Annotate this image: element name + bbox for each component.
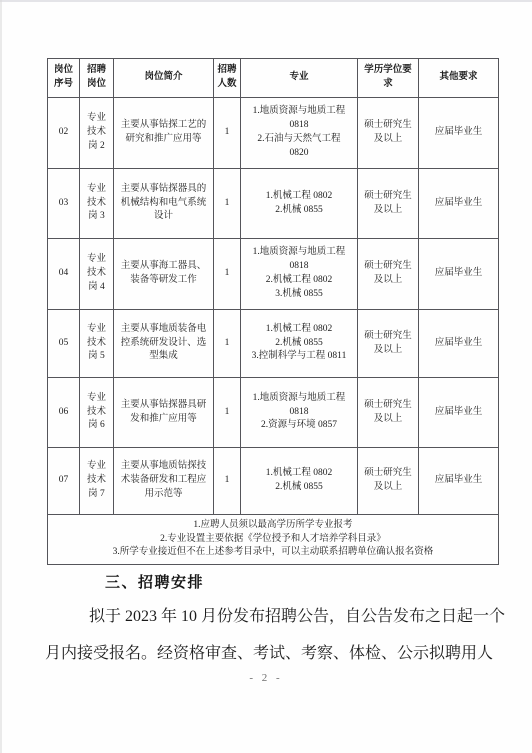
table-row: 07 专业 技术 岗 7 主要从事地质钻探技 术装备研发和工程应 用示范等 1 … [48,448,499,515]
table-notes-row: 1.应聘人员须以最高学历所学专业报考 2.专业设置主要依据《学位授予和人才培养学… [48,515,499,565]
headcount-cell: 1 [214,98,241,169]
table-row: 02 专业 技术 岗 2 主要从事钻探工艺的 研究和推广应用等 1 1.地质资源… [48,98,499,169]
post-brief-cell: 主要从事海工器具、 装备等研发工作 [114,239,214,310]
post-name-cell: 专业 技术 岗 3 [80,169,114,239]
body-line-2: 月内接受报名。经资格审查、考试、考察、体检、公示拟聘用人 [45,635,493,672]
scan-edge-left [0,0,2,753]
table-notes: 1.应聘人员须以最高学历所学专业报考 2.专业设置主要依据《学位授予和人才培养学… [48,515,499,565]
post-brief-cell: 主要从事钻探器具研 发和推广应用等 [114,378,214,448]
position-no-cell: 05 [48,310,80,378]
header-cell-degree: 学历学位要 求 [358,59,419,98]
header-cell-other: 其他要求 [419,59,499,98]
body-paragraph: 拟于 2023 年 10 月份发布招聘公告，自公告发布之日起一个 月内接受报名。… [45,598,493,672]
headcount-cell: 1 [214,448,241,515]
other-requirement-cell: 应届毕业生 [419,98,499,169]
position-no-cell: 03 [48,169,80,239]
body-line-1: 拟于 2023 年 10 月份发布招聘公告，自公告发布之日起一个 [45,598,493,635]
other-requirement-cell: 应届毕业生 [419,239,499,310]
table-header-row: 岗位 序号 招聘 岗位 岗位简介 招聘 人数 专业 学历学位要 求 其他要求 [48,59,499,98]
degree-requirement-cell: 硕士研究生 及以上 [358,98,419,169]
other-requirement-cell: 应届毕业生 [419,378,499,448]
headcount-cell: 1 [214,239,241,310]
document-page: 岗位 序号 招聘 岗位 岗位简介 招聘 人数 专业 学历学位要 求 其他要求 0… [0,0,532,753]
majors-cell: 1.机械工程 0802 2.机械 0855 3.控制科学与工程 0811 [241,310,358,378]
degree-requirement-cell: 硕士研究生 及以上 [358,448,419,515]
header-cell-majors: 专业 [241,59,358,98]
other-requirement-cell: 应届毕业生 [419,310,499,378]
table-row: 03 专业 技术 岗 3 主要从事钻探器具的 机械结构和电气系统 设计 1 1.… [48,169,499,239]
position-no-cell: 07 [48,448,80,515]
headcount-cell: 1 [214,378,241,448]
other-requirement-cell: 应届毕业生 [419,448,499,515]
section-heading: 三、招聘安排 [105,571,204,592]
table-row: 04 专业 技术 岗 4 主要从事海工器具、 装备等研发工作 1 1.地质资源与… [48,239,499,310]
scan-edge-top [0,0,532,2]
post-name-cell: 专业 技术 岗 5 [80,310,114,378]
majors-cell: 1.机械工程 0802 2.机械 0855 [241,448,358,515]
degree-requirement-cell: 硕士研究生 及以上 [358,310,419,378]
degree-requirement-cell: 硕士研究生 及以上 [358,378,419,448]
header-cell-post: 招聘 岗位 [80,59,114,98]
headcount-cell: 1 [214,169,241,239]
table-row: 05 专业 技术 岗 5 主要从事地质装备电 控系统研发设计、选 型集成 1 1… [48,310,499,378]
headcount-cell: 1 [214,310,241,378]
post-brief-cell: 主要从事钻探器具的 机械结构和电气系统 设计 [114,169,214,239]
page-number: - 2 - [0,672,532,684]
header-cell-position-no: 岗位 序号 [48,59,80,98]
majors-cell: 1.地质资源与地质工程 0818 2.机械工程 0802 3.机械 0855 [241,239,358,310]
post-name-cell: 专业 技术 岗 2 [80,98,114,169]
position-no-cell: 06 [48,378,80,448]
position-no-cell: 04 [48,239,80,310]
header-cell-brief: 岗位简介 [114,59,214,98]
majors-cell: 1.地质资源与地质工程 0818 2.石油与天然气工程 0820 [241,98,358,169]
degree-requirement-cell: 硕士研究生 及以上 [358,169,419,239]
post-brief-cell: 主要从事钻探工艺的 研究和推广应用等 [114,98,214,169]
post-name-cell: 专业 技术 岗 6 [80,378,114,448]
degree-requirement-cell: 硕士研究生 及以上 [358,239,419,310]
majors-cell: 1.地质资源与地质工程 0818 2.资源与环境 0857 [241,378,358,448]
post-brief-cell: 主要从事地质装备电 控系统研发设计、选 型集成 [114,310,214,378]
header-cell-headcount: 招聘 人数 [214,59,241,98]
majors-cell: 1.机械工程 0802 2.机械 0855 [241,169,358,239]
post-name-cell: 专业 技术 岗 4 [80,239,114,310]
position-no-cell: 02 [48,98,80,169]
table-row: 06 专业 技术 岗 6 主要从事钻探器具研 发和推广应用等 1 1.地质资源与… [48,378,499,448]
post-name-cell: 专业 技术 岗 7 [80,448,114,515]
recruitment-table: 岗位 序号 招聘 岗位 岗位简介 招聘 人数 专业 学历学位要 求 其他要求 0… [47,58,499,565]
other-requirement-cell: 应届毕业生 [419,169,499,239]
post-brief-cell: 主要从事地质钻探技 术装备研发和工程应 用示范等 [114,448,214,515]
